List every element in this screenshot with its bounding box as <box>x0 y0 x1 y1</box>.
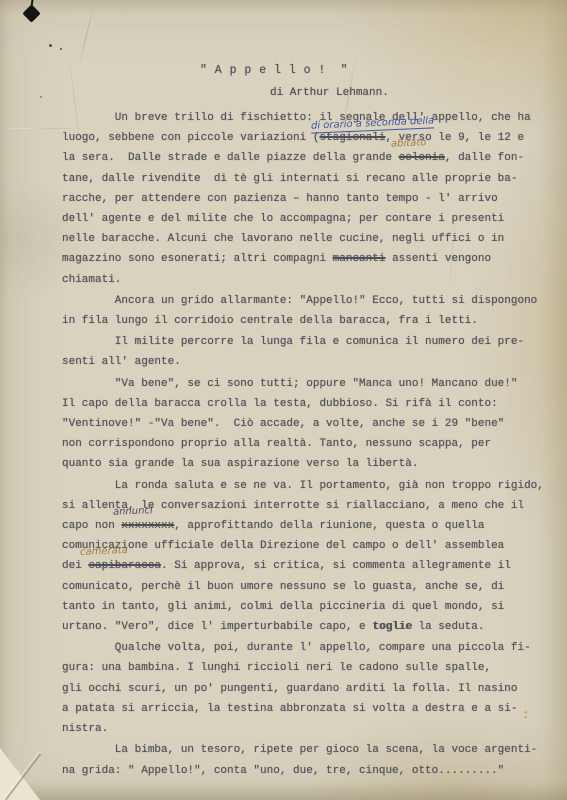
struck-word: coloniaabitato <box>399 152 445 164</box>
typed-line: in fila lungo il corridoio centrale dell… <box>62 311 557 331</box>
paragraph: La ronda saluta e se ne va. Il portament… <box>62 476 557 638</box>
typed-text: la sera. Dalle strade e dalle piazze del… <box>62 152 399 164</box>
typed-line: Un breve trillo di fischietto: il segnal… <box>62 108 557 128</box>
typed-text: luogo, sebbene con piccole variazioni ( <box>62 132 319 144</box>
typed-text: la seduta. <box>412 621 485 633</box>
typed-text: , dalle fon- <box>445 152 524 164</box>
typed-line: gura: una bambina. I lunghi riccioli ner… <box>62 658 557 678</box>
typed-line: capo non xxxxxxxxannunci, approfittando … <box>62 516 557 536</box>
document-byline: di Arthur Lehmann. <box>270 87 557 99</box>
typed-text: dei <box>62 560 88 572</box>
overtyped-word: toglie <box>372 621 412 633</box>
typed-line: luogo, sebbene con piccole variazioni (s… <box>62 128 557 148</box>
struck-word: xxxxxxxxannunci <box>121 520 174 532</box>
typed-line: comunicato, perchè il buon umore nessuno… <box>62 577 557 597</box>
orange-margin-mark: : <box>522 708 529 722</box>
typed-line: nelle baracche. Alcuni che lavorano nell… <box>62 229 557 249</box>
handwritten-insertion: annunci <box>113 506 153 518</box>
struck-word: stagionalidi orario a seconda della <box>319 132 385 144</box>
paragraph: La bimba, un tesoro, ripete per gioco la… <box>62 740 557 780</box>
paragraph: Qualche volta, poi, durante l' appello, … <box>62 638 557 739</box>
typed-line: Qualche volta, poi, durante l' appello, … <box>62 638 557 658</box>
document-title: " A p p e l l o ! " <box>200 64 557 77</box>
struck-word: capibaraccacamerata <box>88 560 161 572</box>
typed-line: senti all' agente. <box>62 352 557 372</box>
paragraph: Un breve trillo di fischietto: il segnal… <box>62 108 557 290</box>
typed-line: la sera. Dalle strade e dalle piazze del… <box>62 148 557 168</box>
typed-line: comunicazione ufficiale della Direzione … <box>62 536 557 556</box>
typed-text: magazzino sono esonerati; altri compagni <box>62 253 333 265</box>
scanned-typescript-page: " A p p e l l o ! " di Arthur Lehmann. U… <box>0 0 567 800</box>
crease-line <box>78 1 96 69</box>
typed-line: chiamati. <box>62 270 557 290</box>
document-body: Un breve trillo di fischietto: il segnal… <box>62 108 557 781</box>
typed-line: La bimba, un tesoro, ripete per gioco la… <box>62 740 557 760</box>
typed-line: Il milite percorre la lunga fila e comun… <box>62 332 557 352</box>
typed-line: "Ventinove!" -"Va bene". Ciò accade, a v… <box>62 414 557 434</box>
paper-speck <box>60 48 62 50</box>
typed-line: gli occhi scuri, un po' pungenti, guarda… <box>62 679 557 699</box>
typed-text: , approfittando della riunione, questa o… <box>174 520 484 532</box>
folded-corner <box>0 748 40 800</box>
typed-line: nistra. <box>62 719 557 739</box>
paragraph: "Va bene", se ci sono tutti; oppure "Man… <box>62 374 557 475</box>
typed-line: dell' agente e del milite che lo accompa… <box>62 209 557 229</box>
handwritten-insertion: abitato <box>390 139 426 151</box>
typed-text: capo non <box>62 520 121 532</box>
handwritten-insertion: camerata <box>80 546 128 558</box>
typed-line: Il capo della baracca crolla la testa, d… <box>62 394 557 414</box>
typed-line: tanto in tanto, gli animi, colmi della p… <box>62 597 557 617</box>
typed-line: magazzino sono esonerati; altri compagni… <box>62 249 557 269</box>
typed-line: tane, dalle rivendite di tè gli internat… <box>62 169 557 189</box>
typed-line: La ronda saluta e se ne va. Il portament… <box>62 476 557 496</box>
typed-line: a patata si arriccia, la testina abbronz… <box>62 699 557 719</box>
typed-line: urtano. "Vero", dice l' imperturbabile c… <box>62 617 557 637</box>
typed-line: dei capibaraccacamerata. Si approva, si … <box>62 556 557 576</box>
paragraph: Il milite percorre la lunga fila e comun… <box>62 332 557 372</box>
typed-text: urtano. "Vero", dice l' imperturbabile c… <box>62 621 372 633</box>
typed-line: "Va bene", se ci sono tutti; oppure "Man… <box>62 374 557 394</box>
corner-ink-diamond-mark <box>22 4 40 22</box>
typed-line: racche, per attendere con pazienza – han… <box>62 189 557 209</box>
document-content: " A p p e l l o ! " di Arthur Lehmann. U… <box>62 64 557 782</box>
paper-speck <box>49 44 52 47</box>
typed-line: Ancora un grido allarmante: "Appello!" E… <box>62 291 557 311</box>
paper-speck <box>40 96 42 98</box>
typed-line: na grida: " Appello!", conta "uno, due, … <box>62 761 557 781</box>
struck-word: mancanti <box>333 253 386 265</box>
typed-text: . Si approva, si critica, si commenta al… <box>161 560 511 572</box>
typed-line: quanto sia grande la sua aspirazione ver… <box>62 454 557 474</box>
typed-text: assenti vengono <box>385 253 491 265</box>
paragraph: Ancora un grido allarmante: "Appello!" E… <box>62 291 557 331</box>
typed-line: non corrispondono proprio alla realtà. T… <box>62 434 557 454</box>
